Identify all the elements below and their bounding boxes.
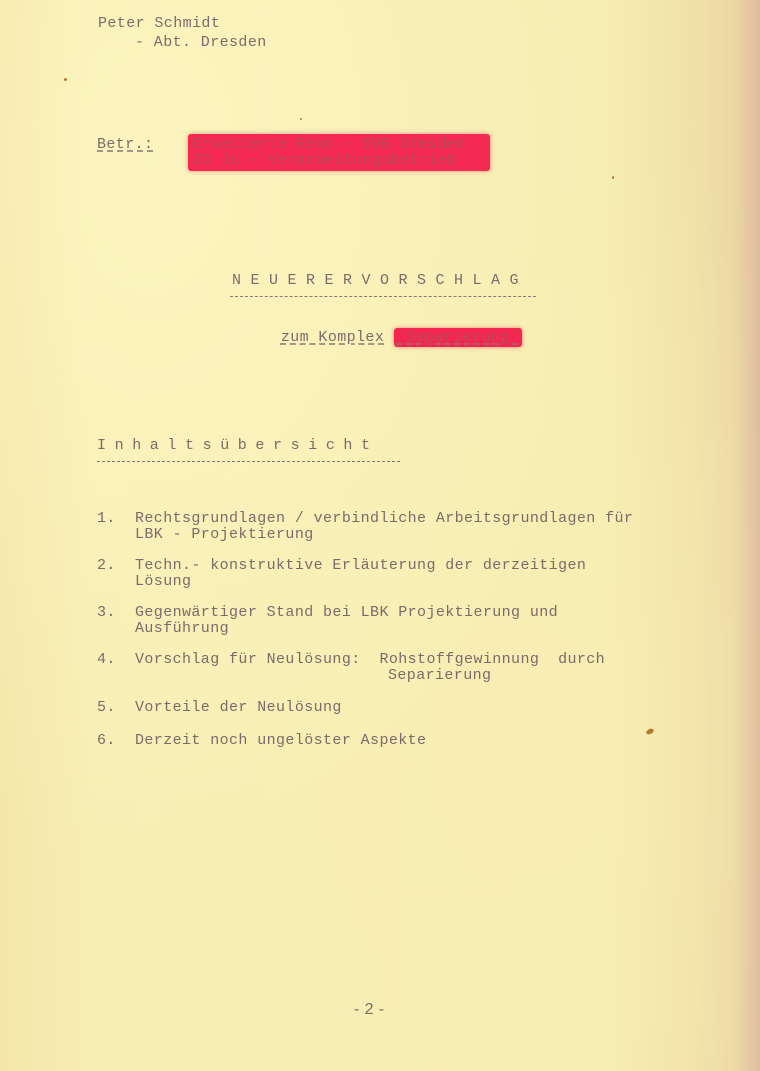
toc-item-line-1: Derzeit noch ungelöster Aspekte — [135, 733, 426, 749]
department: - Abt. Dresden — [135, 35, 267, 51]
page-number: - 2 - — [354, 1002, 384, 1018]
toc-item-line-1: Gegenwärtiger Stand bei LBK Projektierun… — [135, 605, 558, 621]
paper-speck — [612, 176, 614, 179]
author-name: Peter Schmidt — [98, 16, 220, 32]
toc-heading-underline — [97, 461, 400, 462]
paper-speck — [300, 118, 302, 120]
title-underline — [230, 296, 536, 297]
toc-item-number: 6. — [97, 733, 116, 749]
toc-item-number: 4. — [97, 652, 116, 668]
toc-item-line-1: Techn.- konstruktive Erläuterung der der… — [135, 558, 586, 574]
toc-item-line-1: Vorteile der Neulösung — [135, 700, 342, 716]
toc-item-number: 5. — [97, 700, 116, 716]
toc-heading: Inhaltsübersicht — [97, 438, 379, 454]
subject-label: Betr.: — [97, 137, 153, 153]
toc-item-line-1: Vorschlag für Neulösung: Rohstoffgewinnu… — [135, 652, 605, 668]
subject-line-1: Erweiterte Reko - SVB Dresden — [193, 137, 466, 153]
paper-stain — [645, 728, 654, 736]
subtitle-prefix: zum Komplex — [281, 329, 384, 346]
toc-item-line-1: Rechtsgrundlagen / verbindliche Arbeitsg… — [135, 511, 633, 527]
subtitle: zum Komplex 'Separierung' — [262, 314, 522, 346]
paper-edge-shadow — [734, 0, 760, 1071]
document-title: NEUERERVORSCHLAG — [232, 273, 528, 289]
toc-item-number: 1. — [97, 511, 116, 527]
toc-item-line-2: Ausführung — [135, 621, 229, 637]
toc-item-line-2: Separierung — [388, 668, 491, 684]
toc-item-number: 3. — [97, 605, 116, 621]
toc-item-line-2: Lösung — [135, 574, 191, 590]
toc-item-line-2: LBK - Projektierung — [135, 527, 314, 543]
toc-item-number: 2. — [97, 558, 116, 574]
subject-line-2: ZO lo - Verarbeitungsbetrieb — [193, 153, 456, 169]
subtitle-highlight: 'Separierung' — [394, 328, 522, 347]
paper-speck — [64, 78, 67, 81]
